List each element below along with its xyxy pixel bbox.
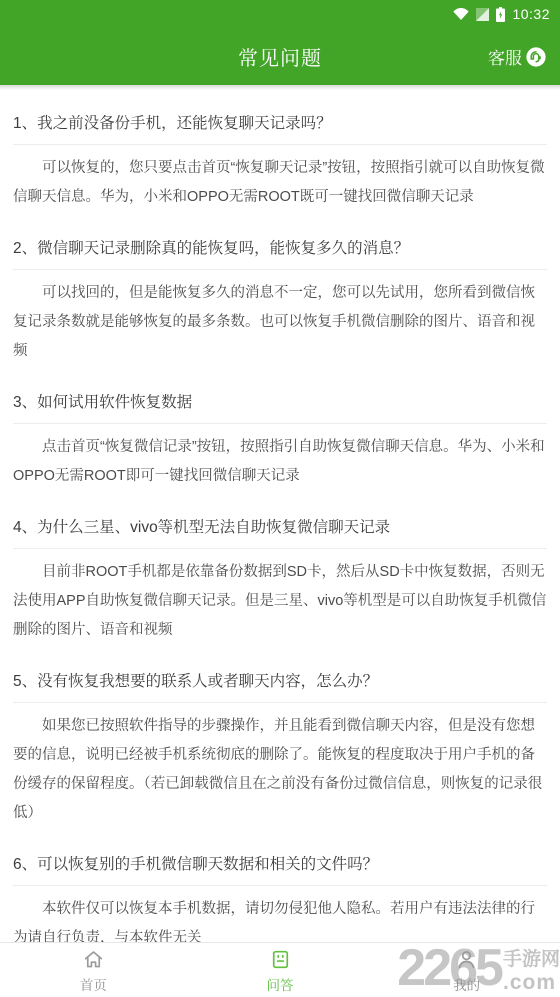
bottom-navigation: 首页 问答 我的 xyxy=(0,942,560,997)
person-icon xyxy=(454,947,479,972)
wifi-icon xyxy=(453,8,469,20)
faq-item: 4、为什么三星、vivo等机型无法自助恢复微信聊天记录 目前非ROOT手机都是依… xyxy=(13,517,547,645)
faq-question: 2、微信聊天记录删除真的能恢复吗，能恢复多久的消息？ xyxy=(13,238,547,270)
faq-question: 4、为什么三星、vivo等机型无法自助恢复微信聊天记录 xyxy=(13,517,547,549)
faq-answer: 可以找回的，但是能恢复多久的消息不一定，您可以先试用，您所看到微信恢复记录条数就… xyxy=(13,279,547,366)
home-icon xyxy=(81,947,106,972)
faq-answer: 可以恢复的，您只要点击首页“恢复聊天记录”按钮，按照指引就可以自助恢复微信聊天信… xyxy=(13,154,547,212)
faq-answer: 点击首页“恢复微信记录”按钮，按照指引自助恢复微信聊天信息。华为、小米和OPPO… xyxy=(13,433,547,491)
nav-tab-mine[interactable]: 我的 xyxy=(373,943,560,997)
faq-item: 6、可以恢复别的手机微信聊天数据和相关的文件吗？ 本软件仅可以恢复本手机数据，请… xyxy=(13,854,547,953)
faq-question: 5、没有恢复我想要的联系人或者聊天内容，怎么办？ xyxy=(13,671,547,703)
status-time: 10:32 xyxy=(512,6,550,22)
nav-tab-home[interactable]: 首页 xyxy=(0,943,187,997)
faq-item: 5、没有恢复我想要的联系人或者聊天内容，怎么办？ 如果您已按照软件指导的步骤操作… xyxy=(13,671,547,828)
customer-service-label: 客服 xyxy=(488,44,522,69)
faq-question: 6、可以恢复别的手机微信聊天数据和相关的文件吗？ xyxy=(13,854,547,886)
faq-list: 1、我之前没备份手机，还能恢复聊天记录吗？ 可以恢复的，您只要点击首页“恢复聊天… xyxy=(0,90,560,953)
qa-icon xyxy=(268,947,293,972)
faq-item: 2、微信聊天记录删除真的能恢复吗，能恢复多久的消息？ 可以找回的，但是能恢复多久… xyxy=(13,238,547,366)
headset-icon xyxy=(525,46,547,68)
customer-service-button[interactable]: 客服 xyxy=(488,28,547,85)
no-sim-icon xyxy=(476,8,489,21)
page-title: 常见问题 xyxy=(238,42,322,71)
battery-charging-icon xyxy=(496,7,505,22)
nav-label-qa: 问答 xyxy=(267,974,294,994)
nav-label-mine: 我的 xyxy=(453,974,480,994)
faq-item: 1、我之前没备份手机，还能恢复聊天记录吗？ 可以恢复的，您只要点击首页“恢复聊天… xyxy=(13,113,547,212)
status-bar: 10:32 xyxy=(0,0,560,28)
faq-answer: 如果您已按照软件指导的步骤操作，并且能看到微信聊天内容，但是没有您想要的信息，说… xyxy=(13,712,547,828)
faq-item: 3、如何试用软件恢复数据 点击首页“恢复微信记录”按钮，按照指引自助恢复微信聊天… xyxy=(13,392,547,491)
faq-question: 3、如何试用软件恢复数据 xyxy=(13,392,547,424)
nav-tab-qa[interactable]: 问答 xyxy=(187,943,374,997)
app-bar: 常见问题 客服 xyxy=(0,28,560,85)
nav-label-home: 首页 xyxy=(80,974,107,994)
faq-question: 1、我之前没备份手机，还能恢复聊天记录吗？ xyxy=(13,113,547,145)
faq-answer: 目前非ROOT手机都是依靠备份数据到SD卡，然后从SD卡中恢复数据，否则无法使用… xyxy=(13,558,547,645)
